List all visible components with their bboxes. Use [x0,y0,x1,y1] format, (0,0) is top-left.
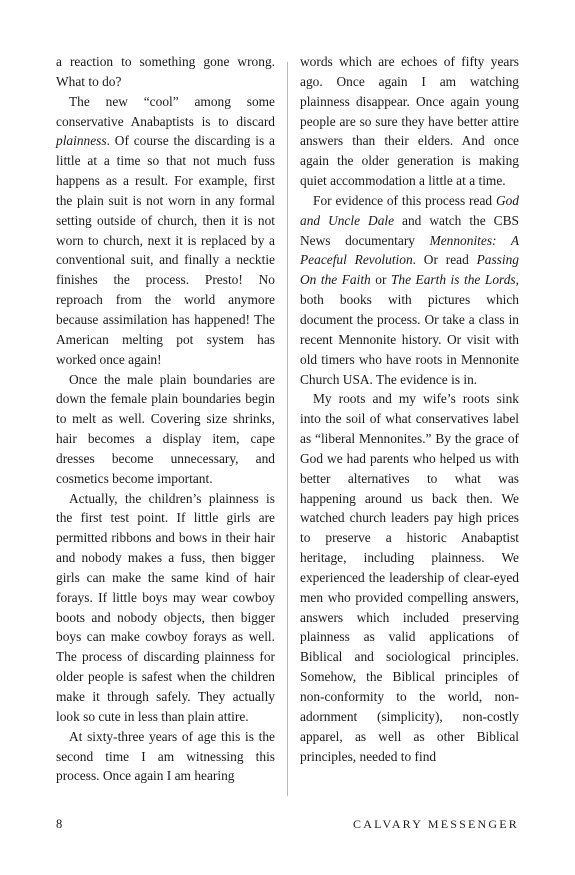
paragraph-text: At sixty-three years of age this is the … [56,729,275,784]
page-number: 8 [56,817,62,832]
paragraph: The new “cool” among some conservative A… [56,92,275,370]
paragraph: For evidence of this process read God an… [300,191,519,389]
paragraph-text: , both books with pictures which documen… [300,272,519,386]
publication-title: CALVARY MESSENGER [353,817,519,832]
paragraph: My roots and my wife’s roots sink into t… [300,389,519,766]
paragraph: Actually, the children’s plainness is th… [56,489,275,727]
paragraph-text: Once the male plain boundaries are down … [56,372,275,486]
paragraph-text: My roots and my wife’s roots sink into t… [300,391,519,763]
paragraph-text: . Or read [413,252,477,267]
paragraph-text: Actually, the children’s plainness is th… [56,491,275,724]
right-column: words which are echoes of fifty years ag… [300,52,519,766]
column-divider [287,62,288,796]
paragraph-text: or [371,272,391,287]
paragraph-text: For evidence of this process read [313,193,496,208]
paragraph-text: The new “cool” among some conservative A… [56,94,275,129]
paragraph: At sixty-three years of age this is the … [56,727,275,787]
paragraph: words which are echoes of fifty years ag… [300,52,519,191]
paragraph: a reaction to something gone wrong. What… [56,52,275,92]
paragraph-text: a reaction to something gone wrong. What… [56,54,275,89]
left-column: a reaction to something gone wrong. What… [56,52,275,786]
paragraph-text: words which are echoes of fifty years ag… [300,54,519,188]
emphasis-text: plainness [56,133,107,148]
book-title: The Earth is the Lords [391,272,516,287]
paragraph: Once the male plain boundaries are down … [56,370,275,489]
paragraph-text: . Of course the discarding is a little a… [56,133,275,366]
document-page: a reaction to something gone wrong. What… [0,0,575,875]
